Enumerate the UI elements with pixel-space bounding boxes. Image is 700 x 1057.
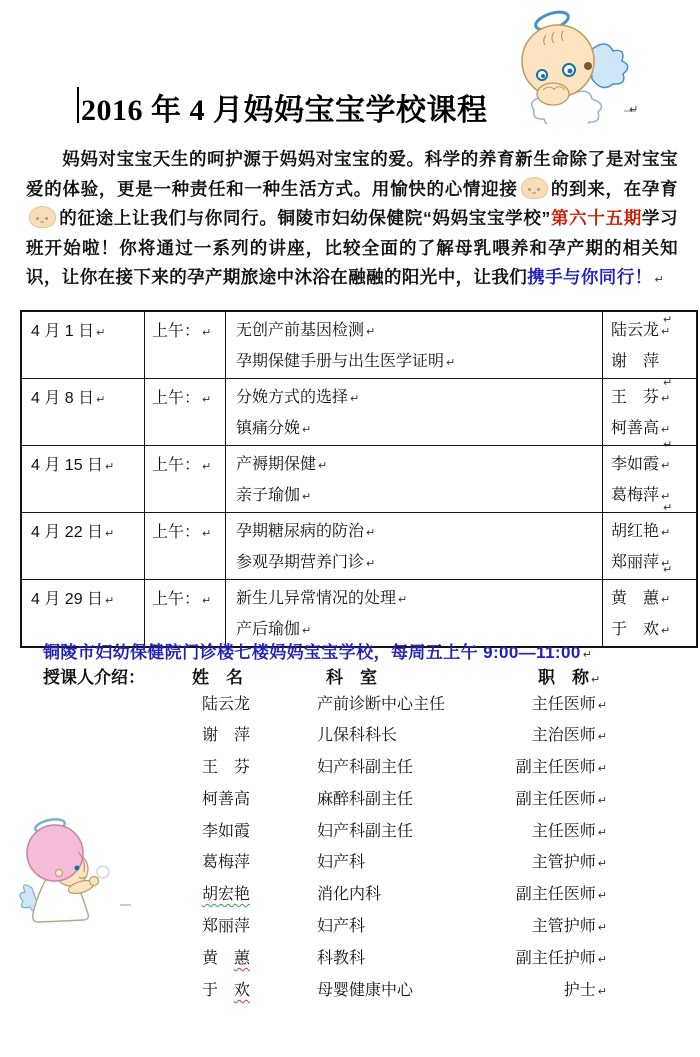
course-speaker: 柯善高 [611,420,659,437]
pilcrow-mark: ↵ [302,624,311,637]
pilcrow-mark: ↵ [96,326,105,339]
column-header-title: 职 称↵ [538,663,600,688]
course-topic: 参观孕期营养门诊 [236,554,364,571]
course-speaker: 黄 蕙 [611,590,659,607]
pilcrow-mark: ↵ [202,460,211,473]
course-date: 4 月 29 日 [31,591,103,608]
pilcrow-mark: ↵ [663,376,672,389]
text-cursor [77,87,79,123]
course-speaker: 陆云龙 [611,322,659,339]
course-topic: 孕期糖尿病的防治 [236,523,364,540]
instructor-title: 护士↵ [410,977,607,1000]
pilcrow-mark: ↵ [661,624,670,637]
instructor-name: 胡宏艳 [202,881,250,904]
pilcrow-mark: ↵ [366,526,375,539]
course-speaker: 于 欢 [611,621,659,638]
instructor-title: 副主任医师↵ [410,754,607,777]
pilcrow-mark: ↵ [96,393,105,406]
course-date: 4 月 1 日 [31,323,94,340]
intro-text-3: 的征途上让我们与你同行。铜陵市妇幼保健院“妈妈宝宝学校” [59,208,551,228]
pilcrow-mark: ↵ [583,648,593,661]
instructor-title: 主任医师↵ [410,691,607,714]
instructor-dept: 科教科 [317,945,365,968]
instructor-title: 副主任医师↵ [410,881,607,904]
pilcrow-mark: ↵ [663,313,672,326]
course-speaker: 葛梅萍 [611,487,659,504]
pilcrow-mark: ↵ [598,762,607,775]
instructor-dept: 妇产科 [317,913,365,936]
pilcrow-mark: ↵ [661,459,670,472]
pilcrow-mark: ↵ [350,392,359,405]
course-speaker: 郑丽萍 [611,554,659,571]
course-topic: 产后瑜伽 [236,621,300,638]
pilcrow-mark: ↵ [598,794,607,807]
course-topic: 亲子瑜伽 [236,487,300,504]
pilcrow-mark: ↵ [655,273,665,286]
course-topic: 产褥期保健 [236,456,316,473]
pilcrow-mark: ↵ [663,438,672,451]
table-row: 4 月 8 日↵ 上午：↵ 分娩方式的选择↵ 镇痛分娩↵ 王 芬↵ 柯善高↵ [21,379,697,446]
pilcrow-mark: ↵ [105,527,114,540]
instructor-title: 副主任医师↵ [410,786,607,809]
pilcrow-mark: ↵ [366,325,375,338]
baby-face-icon [521,177,548,199]
course-date: 4 月 8 日 [31,390,94,407]
pilcrow-mark: ↵ [105,460,114,473]
instructor-row: 陆云龙 产前诊断中心主任 主任医师↵ [0,691,700,722]
course-time: 上午： [152,457,200,474]
instructor-name: 谢 萍 [202,722,250,745]
pilcrow-mark: ↵ [661,423,670,436]
instructor-dept: 妇产科副主任 [317,818,413,841]
pilcrow-mark: ↵ [661,325,670,338]
course-time: 上午： [152,591,200,608]
instructor-title: 副主任护师↵ [410,945,607,968]
pilcrow-mark: ↵ [202,393,211,406]
pilcrow-mark: ↵ [591,673,600,686]
table-row: 4 月 15 日↵ 上午：↵ 产褥期保健↵ 亲子瑜伽↵ 李如霞↵ 葛梅萍↵ [21,446,697,513]
instructor-name-text: 于 [202,982,234,999]
instructor-title: 主任医师↵ [410,818,607,841]
pilcrow-mark: ↵ [202,594,211,607]
pilcrow-mark: ↵ [598,699,607,712]
pilcrow-mark: ↵ [598,921,607,934]
instructor-name: 葛梅萍 [202,849,250,872]
instructor-title-text: 护士 [564,982,596,999]
instructors-header: 授课人介绍： 姓 名 科 室 职 称↵ [0,663,700,687]
pilcrow-mark: ↵ [302,490,311,503]
instructor-dept: 麻醉科副主任 [317,786,413,809]
course-topic: 新生儿异常情况的处理 [236,590,396,607]
instructor-name: 王 芬 [202,754,250,777]
intro-blue-highlight: 携手与你同行！ [527,267,652,287]
pilcrow-mark: ↵ [398,593,407,606]
pilcrow-mark: ↵ [366,557,375,570]
intro-red-highlight: 第六十五期 [551,208,642,228]
baby-face-icon [29,206,56,228]
pilcrow-mark: ↵ [598,826,607,839]
location-line: 铜陵市妇幼保健院门诊楼七楼妈妈宝宝学校，每周五上午 9:00—11:00↵ [43,638,592,663]
table-row: 4 月 29 日↵ 上午：↵ 新生儿异常情况的处理↵ 产后瑜伽↵ 黄 蕙↵ 于 … [21,580,697,648]
pilcrow-mark: ↵ [661,593,670,606]
instructor-row: 王 芬 妇产科副主任 副主任医师↵ [0,754,700,785]
instructor-row: 于 欢 母婴健康中心 护士↵ [0,977,700,1008]
instructor-title: 主治医师↵ [410,722,607,745]
pilcrow-mark: ↵ [598,857,607,870]
table-row: 4 月 1 日↵ 上午：↵ 无创产前基因检测↵ 孕期保健手册与出生医学证明↵ 陆… [21,311,697,379]
instructor-name: 陆云龙 [202,691,250,714]
pilcrow-mark: ↵ [318,459,327,472]
course-date: 4 月 15 日 [31,457,103,474]
course-time: 上午： [152,524,200,541]
instructors-intro-label: 授课人介绍： [43,663,145,688]
pilcrow-mark: ↵ [598,985,607,998]
instructor-title: 主管护师↵ [410,913,607,936]
course-speaker: 胡红艳 [611,523,659,540]
course-date: 4 月 22 日 [31,524,103,541]
course-topic: 分娩方式的选择 [236,389,348,406]
instructor-title-text: 主任医师 [532,823,596,840]
pilcrow-mark: ↵ [661,526,670,539]
course-speaker: 王 芬 [611,389,659,406]
instructor-dept: 母婴健康中心 [317,977,413,1000]
instructor-name: 李如霞 [202,818,250,841]
course-time: 上午： [152,390,200,407]
spellcheck-marked-text: 欢 [234,982,250,999]
intro-paragraph: 妈妈对宝宝天生的呵护源于妈妈对宝宝的爱。科学的养育新生命除了是对宝宝爱的体验，更… [26,145,678,295]
course-time: 上午： [152,323,200,340]
pilcrow-mark: ↵ [598,953,607,966]
column-header-name: 姓 名 [192,663,243,688]
baby-angel-bottom-illustration [18,812,138,957]
course-topic: 镇痛分娩 [236,420,300,437]
pilcrow-mark: ↵ [446,356,455,369]
instructor-title-text: 副主任医师 [516,791,596,808]
pilcrow-mark: ↵ [629,103,638,116]
instructor-title: 主管护师↵ [410,849,607,872]
column-header-title-text: 职 称 [538,668,589,687]
pilcrow-mark: ↵ [202,326,211,339]
location-text: 铜陵市妇幼保健院门诊楼七楼妈妈宝宝学校，每周五上午 9:00—11:00 [43,643,581,662]
instructor-dept: 消化内科 [317,881,381,904]
instructor-name: 柯善高 [202,786,250,809]
instructor-title-text: 副主任医师 [516,759,596,776]
course-topic: 孕期保健手册与出生医学证明 [236,353,444,370]
instructor-name: 于 欢 [202,977,250,1000]
pilcrow-mark: ↵ [661,392,670,405]
instructor-title-text: 主管护师 [532,854,596,871]
instructor-title-text: 副主任护师 [516,950,596,967]
pilcrow-mark: ↵ [105,594,114,607]
instructor-dept: 儿保科科长 [317,722,397,745]
pilcrow-mark: ↵ [598,889,607,902]
course-speaker: 谢 萍 [611,353,659,370]
page-title: 2016 年 4 月妈妈宝宝学校课程 [81,85,488,129]
instructor-name: 黄 蕙 [202,945,250,968]
pilcrow-mark: ↵ [302,423,311,436]
instructor-title-text: 主管护师 [532,918,596,935]
instructor-dept: 妇产科副主任 [317,754,413,777]
instructor-title-text: 副主任医师 [516,886,596,903]
column-header-dept: 科 室 [326,663,377,688]
instructor-name-text: 黄 [202,950,234,967]
instructor-title-text: 主治医师 [532,727,596,744]
instructor-name: 郑丽萍 [202,913,250,936]
pilcrow-mark: ↵ [663,563,672,576]
instructor-title-text: 主任医师 [532,696,596,713]
intro-text-2: 的到来，在孕育 [551,179,678,199]
instructor-row: 谢 萍 儿保科科长 主治医师↵ [0,722,700,753]
instructor-dept: 妇产科 [317,849,365,872]
pilcrow-mark: ↵ [202,527,211,540]
spellcheck-marked-text: 蕙 [234,950,250,967]
document-page: ↵ 2016 年 4 月妈妈宝宝学校课程 妈妈对宝宝天生的呵护源于妈妈对宝宝的爱… [0,0,700,1057]
pilcrow-mark: ↵ [663,501,672,514]
course-topic: 无创产前基因检测 [236,322,364,339]
course-schedule-table: 4 月 1 日↵ 上午：↵ 无创产前基因检测↵ 孕期保健手册与出生医学证明↵ 陆… [20,310,698,648]
table-row: 4 月 22 日↵ 上午：↵ 孕期糖尿病的防治↵ 参观孕期营养门诊↵ 胡红艳↵ … [21,513,697,580]
course-speaker: 李如霞 [611,456,659,473]
pilcrow-mark: ↵ [598,730,607,743]
